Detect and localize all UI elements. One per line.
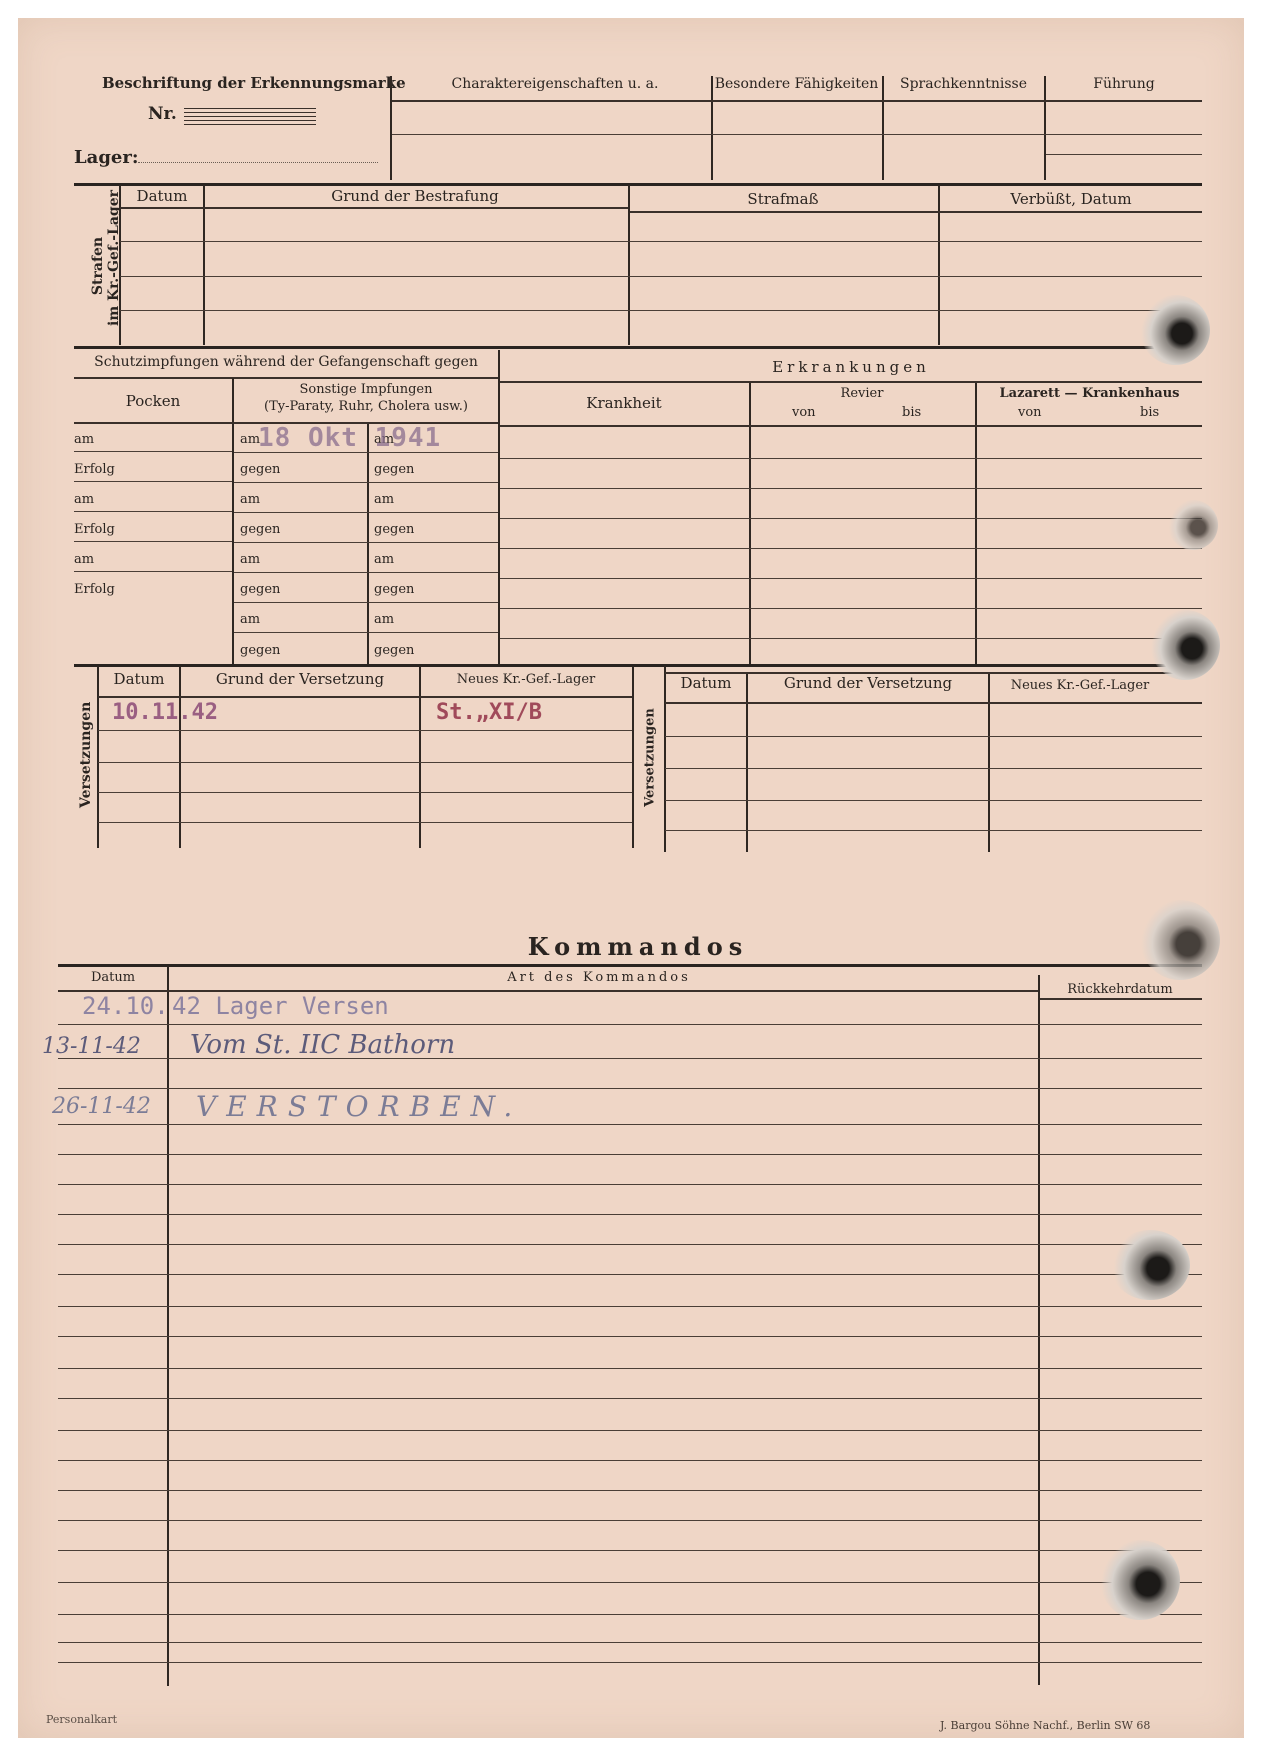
impf-divider — [232, 378, 234, 664]
lazarett-bis: bis — [1140, 405, 1159, 420]
kommando-entry-datum: 24.10. — [82, 992, 169, 1020]
nr-label: Nr. — [148, 104, 177, 124]
vers-left-col-datum: Datum — [99, 670, 179, 688]
punch-hole — [1140, 900, 1220, 980]
kommandos-row-line — [58, 1642, 1202, 1643]
vers-row-line — [665, 736, 1202, 737]
impfungen-title: Schutzimpfungen während der Gefangenscha… — [74, 354, 498, 370]
sonstige-row-a: gegen — [240, 582, 280, 597]
strafen-col-verbuesst: Verbüßt, Datum — [940, 190, 1202, 208]
sonstige-row-a: gegen — [240, 643, 280, 658]
sonstige-label: Sonstige Impfungen — [234, 382, 498, 397]
strafen-col-datum: Datum — [121, 187, 203, 205]
vers-divider — [97, 666, 99, 848]
vers-row-line — [665, 768, 1202, 769]
vers-left-datum-stamp: 10.11.42 — [112, 700, 218, 725]
kommando-entry-art: 42 Lager Versen — [172, 992, 389, 1020]
row-line — [74, 541, 232, 542]
col-divider — [882, 76, 884, 180]
strafen-divider — [119, 185, 121, 345]
strafen-col-grund: Grund der Bestrafung — [205, 187, 625, 205]
kommandos-col-datum: Datum — [60, 970, 166, 985]
col-sprachkenntnisse: Sprachkenntnisse — [886, 76, 1041, 92]
lazarett-label: Lazarett — Krankenhaus — [977, 386, 1202, 401]
lager-field[interactable] — [138, 162, 378, 163]
revier-bis: bis — [902, 405, 921, 420]
header-divider — [390, 76, 392, 180]
vers-row-line — [98, 792, 632, 793]
kommandos-row-line — [58, 1368, 1202, 1369]
vers-row-line — [98, 730, 632, 731]
row-line — [74, 451, 232, 452]
kommandos-row-line — [58, 1614, 1202, 1615]
revier-von: von — [792, 405, 816, 420]
strafen-row-line — [120, 310, 1202, 311]
kommandos-row-line — [58, 1244, 1202, 1245]
vers-left-col-lager: Neues Kr.-Gef.-Lager — [421, 672, 631, 687]
punch-hole — [1100, 1540, 1180, 1620]
vers-rule — [665, 672, 1202, 674]
vers-rule — [665, 702, 1202, 704]
punch-hole — [1140, 295, 1210, 365]
impf-rule — [74, 377, 498, 379]
impfung-date-stamp: 18 Okt 1941 — [258, 423, 441, 453]
kommandos-row-line — [58, 1398, 1202, 1399]
row-line — [234, 512, 498, 513]
pocken-row: am — [74, 432, 94, 447]
sonstige-row-b: am — [374, 492, 394, 507]
kommandos-row-line — [58, 1088, 1202, 1089]
erkr-rule — [500, 425, 1202, 427]
sonstige-row-a: gegen — [240, 462, 280, 477]
vers-right-col-grund: Grund der Versetzung — [748, 674, 988, 692]
erkr-row-line — [500, 518, 1202, 519]
row-line — [74, 481, 232, 482]
kommandos-row-line — [58, 1024, 1202, 1025]
header-rule — [392, 134, 1202, 135]
punch-hole — [1150, 610, 1220, 680]
erkr-row-line — [500, 578, 1202, 579]
kommando-entry-datum: 13-11-42 — [42, 1034, 141, 1059]
sonstige-row-b: am — [374, 612, 394, 627]
erkr-rule — [500, 381, 1202, 383]
vers-divider — [746, 672, 748, 852]
vers-row-line — [665, 830, 1202, 831]
erkr-row-line — [500, 548, 1202, 549]
versetzungen-right-side-label: Versetzungen — [643, 708, 658, 808]
pocken-row: Erfolg — [74, 522, 115, 537]
krankheit-label: Krankheit — [500, 394, 748, 412]
row-line — [234, 572, 498, 573]
form-name: Personalkart — [46, 1713, 117, 1726]
printer-imprint: J. Bargou Söhne Nachf., Berlin SW 68 — [940, 1719, 1150, 1732]
sonstige-row-b: gegen — [374, 643, 414, 658]
erkrankungen-title: Erkrankungen — [500, 358, 1202, 376]
row-line — [234, 542, 498, 543]
sonstige-row-b: gegen — [374, 462, 414, 477]
versetzungen-left-side-label: Versetzungen — [78, 708, 94, 808]
vers-right-col-datum: Datum — [666, 674, 746, 692]
col-besondere-faehigkeiten: Besondere Fähigkeiten — [714, 76, 879, 92]
vers-divider — [419, 666, 421, 848]
kommandos-row-line — [58, 1430, 1202, 1431]
erkr-row-line — [500, 458, 1202, 459]
kommandos-rule — [58, 964, 1202, 967]
vers-left-lager-stamp: St.„XI/B — [436, 700, 542, 725]
section-rule — [74, 346, 1202, 349]
kommandos-title: Kommandos — [74, 932, 1202, 961]
strafen-col-strafmass: Strafmaß — [630, 190, 936, 208]
kommandos-row-line — [58, 1274, 1202, 1275]
strafen-label-1: Strafen — [90, 237, 106, 295]
kommandos-row-line — [58, 1662, 1202, 1663]
kommando-entry-datum: 26-11-42 — [52, 1094, 151, 1119]
row-line — [234, 632, 498, 633]
pocken-label: Pocken — [74, 392, 232, 410]
kommandos-row-line — [58, 1490, 1202, 1491]
row-line — [234, 482, 498, 483]
strafen-rule — [120, 207, 628, 209]
row-line — [74, 511, 232, 512]
sonstige-row-a: am — [240, 612, 260, 627]
sonstige-row-b: am — [374, 552, 394, 567]
pocken-row: am — [74, 552, 94, 567]
vers-row-line — [98, 822, 632, 823]
sonstige-row-b: gegen — [374, 582, 414, 597]
impf-divider — [367, 424, 369, 664]
row-line — [234, 602, 498, 603]
vers-divider — [179, 666, 181, 848]
revier-label: Revier — [751, 386, 973, 401]
vers-right-col-lager: Neues Kr.-Gef.-Lager — [990, 678, 1170, 693]
vers-rule — [98, 696, 632, 698]
col-fuehrung: Führung — [1048, 76, 1200, 92]
kommandos-row-line — [58, 1154, 1202, 1155]
section-rule — [74, 664, 1202, 667]
sonstige-row-a: am — [240, 492, 260, 507]
col-divider — [1044, 76, 1046, 180]
kommandos-col-rueckkehr: Rückkehrdatum — [1040, 982, 1200, 997]
kommandos-row-line — [58, 1306, 1202, 1307]
header-rule — [392, 100, 1202, 102]
vers-divider — [664, 666, 666, 852]
kommandos-rule — [1040, 998, 1202, 1000]
sonstige-row-a: gegen — [240, 522, 280, 537]
erkr-row-line — [500, 608, 1202, 609]
header-rule — [1046, 154, 1202, 155]
kommandos-row-line — [58, 1214, 1202, 1215]
kommandos-row-line — [58, 1520, 1202, 1521]
vers-row-line — [665, 800, 1202, 801]
vers-left-col-grund: Grund der Versetzung — [181, 670, 419, 688]
kommandos-row-line — [58, 1124, 1202, 1125]
sonstige-sub: (Ty-Paraty, Ruhr, Cholera usw.) — [234, 399, 498, 414]
nr-field-lines — [184, 108, 316, 128]
erkr-row-line — [500, 488, 1202, 489]
punch-hole — [1110, 1230, 1190, 1300]
pocken-row: Erfolg — [74, 462, 115, 477]
kommandos-row-line — [58, 1582, 1202, 1583]
strafen-divider — [203, 185, 205, 345]
kommandos-divider — [167, 966, 169, 1686]
sonstige-row-a: am — [240, 552, 260, 567]
sonstige-row-b: gegen — [374, 522, 414, 537]
kommandos-row-line — [58, 1058, 1202, 1059]
kommandos-row-line — [58, 1460, 1202, 1461]
strafen-rule — [630, 211, 1202, 213]
col-charaktereigenschaften: Charaktereigenschaften u. a. — [400, 76, 710, 92]
vers-divider — [632, 666, 634, 848]
erkr-row-line — [500, 638, 1202, 639]
kommandos-row-line — [58, 1336, 1202, 1337]
pocken-row: Erfolg — [74, 582, 115, 597]
strafen-row-line — [120, 276, 1202, 277]
kommandos-col-art: Art des Kommandos — [169, 970, 1029, 985]
punch-hole — [1168, 500, 1218, 550]
erkennungsmarke-label: Beschriftung der Erkennungsmarke — [102, 74, 406, 92]
strafen-row-line — [120, 241, 1202, 242]
lager-label: Lager: — [74, 147, 139, 168]
section-rule — [74, 183, 1202, 186]
vers-row-line — [98, 762, 632, 763]
row-line — [74, 571, 232, 572]
col-divider — [711, 76, 713, 180]
strafen-divider — [628, 185, 630, 345]
strafen-side-label: Strafen im Kr.-Gef.-Lager — [90, 206, 122, 326]
kommandos-row-line — [58, 1550, 1202, 1551]
kommandos-divider — [1038, 975, 1040, 1685]
kommando-entry-art: VERSTORBEN. — [196, 1090, 522, 1123]
kommandos-row-line — [58, 1184, 1202, 1185]
kommando-entry-art: Vom St. IIC Bathorn — [190, 1030, 455, 1060]
pocken-row: am — [74, 492, 94, 507]
vers-divider — [988, 672, 990, 852]
strafen-divider — [938, 185, 940, 345]
lazarett-von: von — [1018, 405, 1042, 420]
